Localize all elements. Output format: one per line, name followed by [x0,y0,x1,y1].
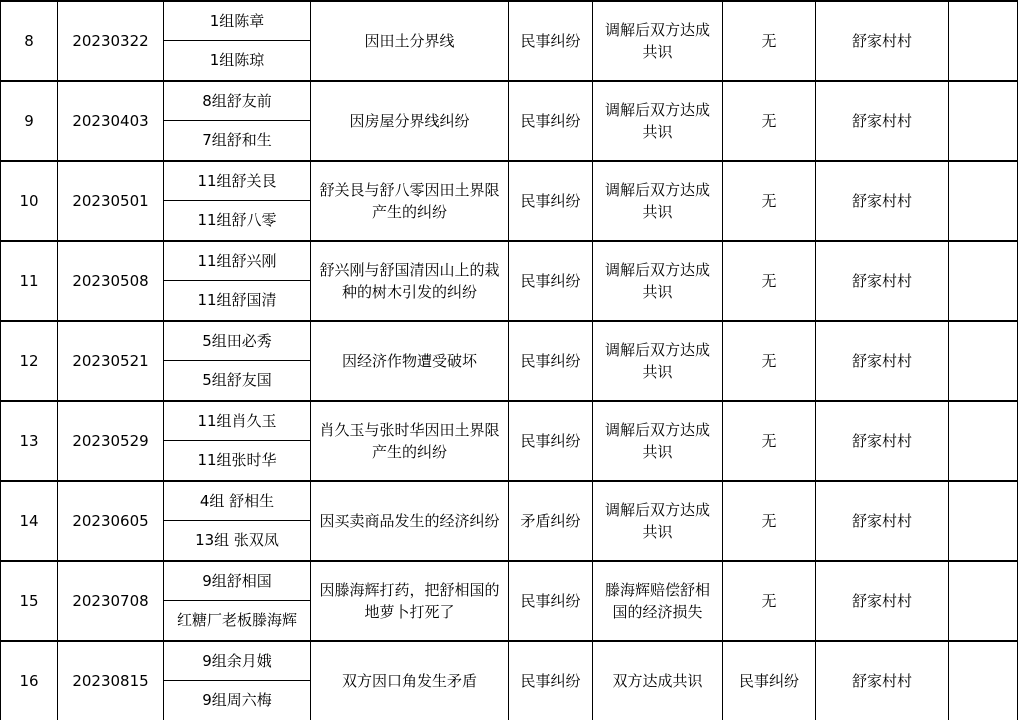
mediation-result-cell: 滕海辉赔偿舒相国的经济损失 [593,562,723,640]
party-b-cell: 7组舒和生 [164,121,310,160]
dispute-type-cell: 矛盾纠纷 [509,482,593,560]
row-number-cell: 9 [1,82,58,160]
party-a-cell: 9组余月娥 [164,642,310,681]
mediation-result-cell: 调解后双方达成共识 [593,482,723,560]
table-row: 15 20230708 9组舒相国 红糖厂老板滕海辉 因滕海辉打药，把舒相国的地… [1,562,1018,642]
dispute-type-cell: 民事纠纷 [509,642,593,720]
dispute-description-cell: 舒兴刚与舒国清因山上的栽种的树木引发的纠纷 [311,242,509,320]
mediation-date-cell: 20230529 [58,402,164,480]
dispute-type-cell: 民事纠纷 [509,2,593,80]
row-number-cell: 8 [1,2,58,80]
mediation-unit-cell: 舒家村村 [816,322,949,400]
parties-cell: 11组舒关艮 11组舒八零 [164,162,311,240]
parties-cell: 11组肖久玉 11组张时华 [164,402,311,480]
mediation-unit-cell: 舒家村村 [816,482,949,560]
party-a-cell: 4组 舒相生 [164,482,310,521]
party-a-cell: 11组舒关艮 [164,162,310,201]
remarks-cell [949,2,1018,80]
party-b-cell: 11组舒八零 [164,201,310,240]
party-a-cell: 1组陈章 [164,2,310,41]
mediation-date-cell: 20230708 [58,562,164,640]
mediation-unit-cell: 舒家村村 [816,562,949,640]
mediation-records-table: 8 20230322 1组陈章 1组陈琼 因田土分界线 民事纠纷 调解后双方达成… [0,0,1018,720]
parties-cell: 9组余月娥 9组周六梅 [164,642,311,720]
row-number-cell: 11 [1,242,58,320]
row-number-cell: 15 [1,562,58,640]
mediation-unit-cell: 舒家村村 [816,402,949,480]
mediation-result-cell: 调解后双方达成共识 [593,322,723,400]
parties-cell: 1组陈章 1组陈琼 [164,2,311,80]
mediation-unit-cell: 舒家村村 [816,162,949,240]
table-row: 10 20230501 11组舒关艮 11组舒八零 舒关艮与舒八零因田土界限产生… [1,162,1018,242]
party-a-cell: 11组肖久玉 [164,402,310,441]
party-a-cell: 8组舒友前 [164,82,310,121]
dispute-category-cell: 无 [723,482,816,560]
dispute-type-cell: 民事纠纷 [509,242,593,320]
mediation-result-cell: 调解后双方达成共识 [593,242,723,320]
remarks-cell [949,642,1018,720]
parties-cell: 9组舒相国 红糖厂老板滕海辉 [164,562,311,640]
row-number-cell: 16 [1,642,58,720]
dispute-category-cell: 无 [723,82,816,160]
table-row: 9 20230403 8组舒友前 7组舒和生 因房屋分界线纠纷 民事纠纷 调解后… [1,82,1018,162]
row-number-cell: 12 [1,322,58,400]
dispute-description-cell: 肖久玉与张时华因田土界限产生的纠纷 [311,402,509,480]
remarks-cell [949,82,1018,160]
dispute-description-cell: 因经济作物遭受破坏 [311,322,509,400]
dispute-type-cell: 民事纠纷 [509,402,593,480]
table-row: 11 20230508 11组舒兴刚 11组舒国清 舒兴刚与舒国清因山上的栽种的… [1,242,1018,322]
mediation-unit-cell: 舒家村村 [816,642,949,720]
party-b-cell: 1组陈琼 [164,41,310,80]
dispute-description-cell: 因房屋分界线纠纷 [311,82,509,160]
mediation-result-cell: 调解后双方达成共识 [593,82,723,160]
row-number-cell: 14 [1,482,58,560]
dispute-description-cell: 因田土分界线 [311,2,509,80]
dispute-description-cell: 双方因口角发生矛盾 [311,642,509,720]
parties-cell: 5组田必秀 5组舒友国 [164,322,311,400]
dispute-description-cell: 因滕海辉打药，把舒相国的地萝卜打死了 [311,562,509,640]
remarks-cell [949,482,1018,560]
party-b-cell: 13组 张双凤 [164,521,310,560]
remarks-cell [949,242,1018,320]
party-b-cell: 5组舒友国 [164,361,310,400]
dispute-category-cell: 无 [723,402,816,480]
table-row: 13 20230529 11组肖久玉 11组张时华 肖久玉与张时华因田土界限产生… [1,402,1018,482]
mediation-date-cell: 20230508 [58,242,164,320]
party-b-cell: 红糖厂老板滕海辉 [164,601,310,640]
parties-cell: 8组舒友前 7组舒和生 [164,82,311,160]
row-number-cell: 10 [1,162,58,240]
parties-cell: 4组 舒相生 13组 张双凤 [164,482,311,560]
mediation-result-cell: 双方达成共识 [593,642,723,720]
table-row: 16 20230815 9组余月娥 9组周六梅 双方因口角发生矛盾 民事纠纷 双… [1,642,1018,720]
dispute-category-cell: 无 [723,2,816,80]
remarks-cell [949,402,1018,480]
dispute-type-cell: 民事纠纷 [509,562,593,640]
row-number-cell: 13 [1,402,58,480]
party-b-cell: 9组周六梅 [164,681,310,720]
dispute-type-cell: 民事纠纷 [509,322,593,400]
mediation-unit-cell: 舒家村村 [816,82,949,160]
party-a-cell: 11组舒兴刚 [164,242,310,281]
dispute-category-cell: 无 [723,562,816,640]
party-b-cell: 11组张时华 [164,441,310,480]
table-row: 14 20230605 4组 舒相生 13组 张双凤 因买卖商品发生的经济纠纷 … [1,482,1018,562]
mediation-date-cell: 20230501 [58,162,164,240]
dispute-category-cell: 无 [723,242,816,320]
mediation-result-cell: 调解后双方达成共识 [593,162,723,240]
mediation-result-cell: 调解后双方达成共识 [593,402,723,480]
party-a-cell: 9组舒相国 [164,562,310,601]
dispute-category-cell: 无 [723,162,816,240]
remarks-cell [949,562,1018,640]
dispute-description-cell: 舒关艮与舒八零因田土界限产生的纠纷 [311,162,509,240]
mediation-date-cell: 20230521 [58,322,164,400]
table-row: 8 20230322 1组陈章 1组陈琼 因田土分界线 民事纠纷 调解后双方达成… [1,2,1018,82]
dispute-category-cell: 民事纠纷 [723,642,816,720]
parties-cell: 11组舒兴刚 11组舒国清 [164,242,311,320]
dispute-type-cell: 民事纠纷 [509,162,593,240]
mediation-date-cell: 20230322 [58,2,164,80]
mediation-date-cell: 20230403 [58,82,164,160]
mediation-unit-cell: 舒家村村 [816,2,949,80]
mediation-result-cell: 调解后双方达成共识 [593,2,723,80]
party-b-cell: 11组舒国清 [164,281,310,320]
table-row: 12 20230521 5组田必秀 5组舒友国 因经济作物遭受破坏 民事纠纷 调… [1,322,1018,402]
dispute-category-cell: 无 [723,322,816,400]
mediation-date-cell: 20230815 [58,642,164,720]
mediation-date-cell: 20230605 [58,482,164,560]
remarks-cell [949,322,1018,400]
mediation-unit-cell: 舒家村村 [816,242,949,320]
party-a-cell: 5组田必秀 [164,322,310,361]
dispute-type-cell: 民事纠纷 [509,82,593,160]
dispute-description-cell: 因买卖商品发生的经济纠纷 [311,482,509,560]
remarks-cell [949,162,1018,240]
